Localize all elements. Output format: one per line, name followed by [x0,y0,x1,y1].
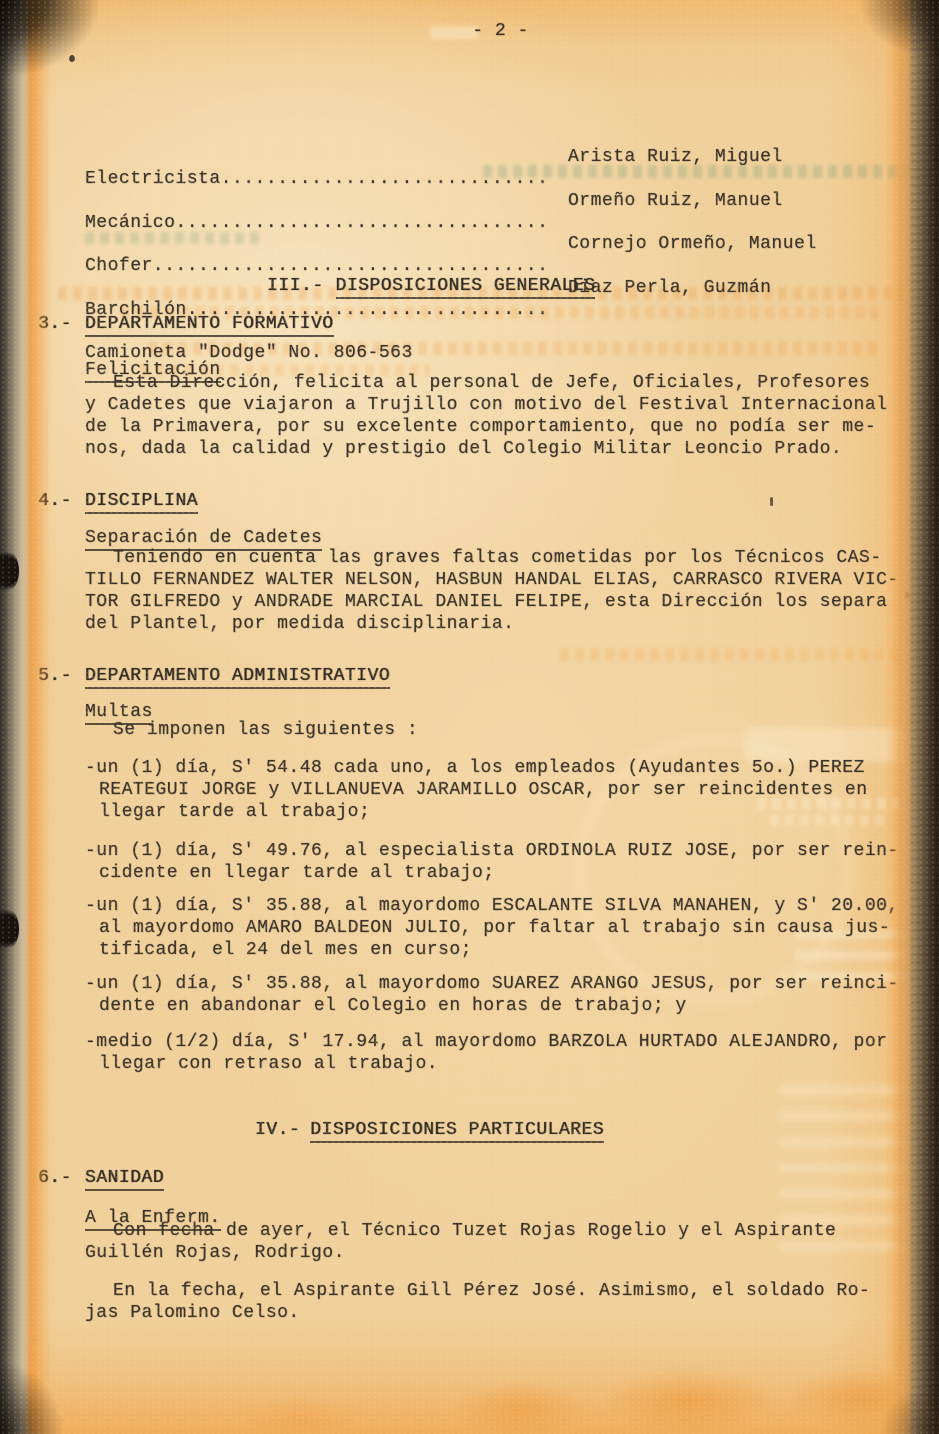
page-number: - 2 - [0,20,939,42]
paragraph-felicitacion: Esta Dirección, felicita al personal de … [85,372,920,460]
subheading-multas: Multas [85,679,153,723]
roster-value: Cornejo Ormeño, Manuel [568,233,817,255]
right-edge-texture [911,0,939,1434]
paragraph-enfermeria-2: En la fecha, el Aspirante Gill Pérez Jos… [85,1280,920,1324]
section-3-heading: 3.-DEPARTAMENTO FORMATIVO [38,291,334,335]
bleedthrough-smudge [560,648,905,661]
heading-title: DISPOSICIONES PARTICULARES [310,1120,604,1143]
heading-prefix: IV.- [255,1120,300,1140]
roster-label: Electricista............................… [85,169,548,189]
paragraph-separacion: Teniendo en cuenta las graves faltas com… [85,547,920,635]
corner-shadow [874,1379,939,1434]
fine-item: -un (1) día, S' 35.88, al mayordomo ESCA… [85,895,934,961]
corner-shadow [0,1349,75,1434]
roster-value: Arista Ruiz, Miguel [568,146,783,168]
heading-title: DISPOSICIONES GENERALES [336,276,596,299]
roster-row: Electricista............................… [85,146,548,168]
corner-shadow [0,0,110,85]
roster-value: Diaz Perla, Guzmán [568,277,771,299]
fine-item: -un (1) día, S' 54.48 cada uno, a los em… [85,757,934,823]
roster-row: Chofer..................................… [85,233,548,255]
multas-intro: Se imponen las siguientes : [113,719,418,741]
scanned-document-page: - 2 - Electricista......................… [0,0,939,1434]
ink-speck [770,497,773,506]
left-scan-edge [0,0,56,1434]
fine-item: -un (1) día, S' 35.88, al mayordomo SUAR… [85,973,934,1017]
section-title: DEPARTAMENTO FORMATIVO [85,314,334,337]
fine-item: -medio (1/2) día, S' 17.94, al mayordomo… [85,1031,934,1075]
fine-item: -un (1) día, S' 49.76, al especialista O… [85,840,934,884]
subheading-separacion: Separación de Cadetes [85,505,322,549]
bottom-stain [0,1339,939,1434]
section-heading-particular: IV.-DISPOSICIONES PARTICULARES [255,1097,604,1141]
corner-shadow [844,0,939,70]
roster-row: Mecánico................................… [85,190,548,212]
paragraph-enfermeria-1: Con fecha de ayer, el Técnico Tuzet Roja… [85,1220,920,1264]
roster-label: Mecánico................................… [85,213,548,233]
section-6-heading: 6.-SANIDAD [38,1145,164,1189]
roster-value: Ormeño Ruiz, Manuel [568,190,783,212]
